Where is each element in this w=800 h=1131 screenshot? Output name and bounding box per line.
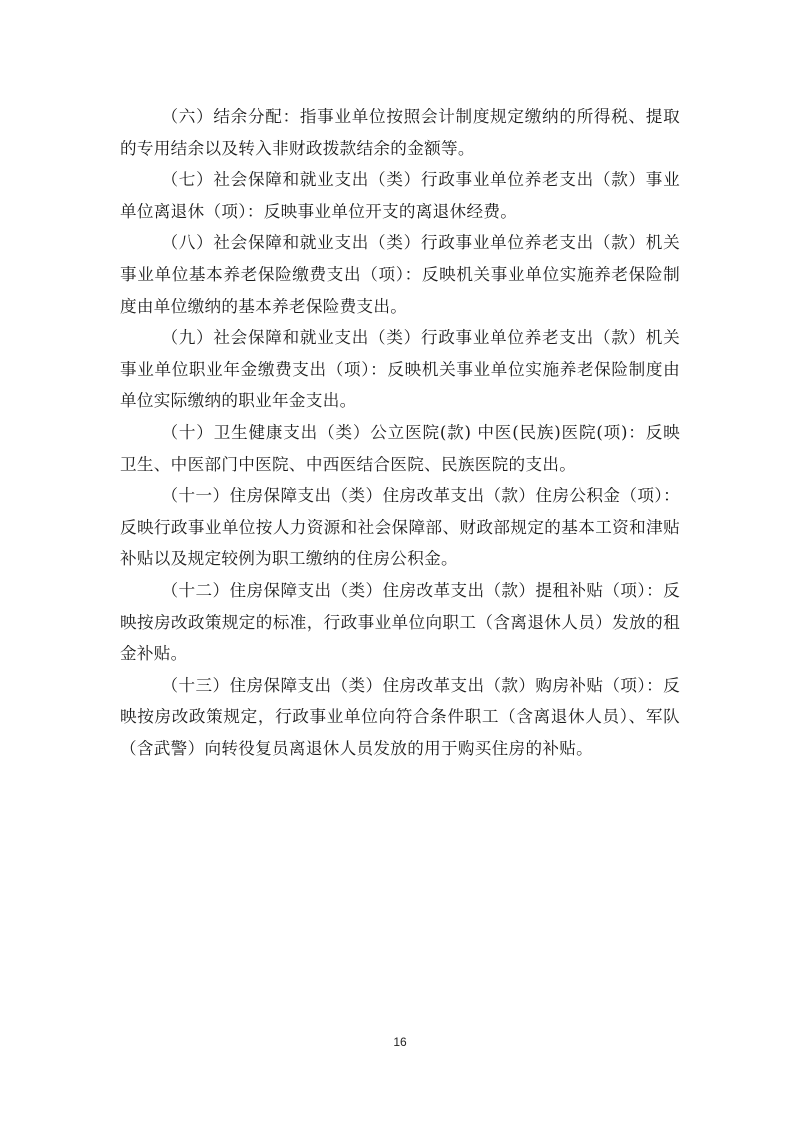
paragraph-public-institution-retirement: （七）社会保障和就业支出（类）行政事业单位养老支出（款）事业单位离退休（项）：反… — [120, 164, 680, 227]
paragraph-occupational-annuity: （九）社会保障和就业支出（类）行政事业单位养老支出（款）机关事业单位职业年金缴费… — [120, 322, 680, 417]
paragraph-housing-purchase-subsidy: （十三）住房保障支出（类）住房改革支出（款）购房补贴（项）：反映按房改政策规定，… — [120, 670, 680, 765]
paragraph-basic-pension-insurance: （八）社会保障和就业支出（类）行政事业单位养老支出（款）机关事业单位基本养老保险… — [120, 227, 680, 322]
paragraph-housing-provident-fund: （十一）住房保障支出（类）住房改革支出（款）住房公积金（项）：反映行政事业单位按… — [120, 480, 680, 575]
paragraph-surplus-distribution: （六）结余分配：指事业单位按照会计制度规定缴纳的所得税、提取的专用结余以及转入非… — [120, 101, 680, 164]
paragraph-rent-subsidy: （十二）住房保障支出（类）住房改革支出（款）提租补贴（项）：反映按房改政策规定的… — [120, 575, 680, 670]
document-body: （六）结余分配：指事业单位按照会计制度规定缴纳的所得税、提取的专用结余以及转入非… — [120, 101, 680, 764]
paragraph-tcm-hospital: （十）卫生健康支出（类）公立医院(款) 中医(民族)医院(项)：反映卫生、中医部… — [120, 417, 680, 480]
page-number: 16 — [0, 1035, 800, 1049]
